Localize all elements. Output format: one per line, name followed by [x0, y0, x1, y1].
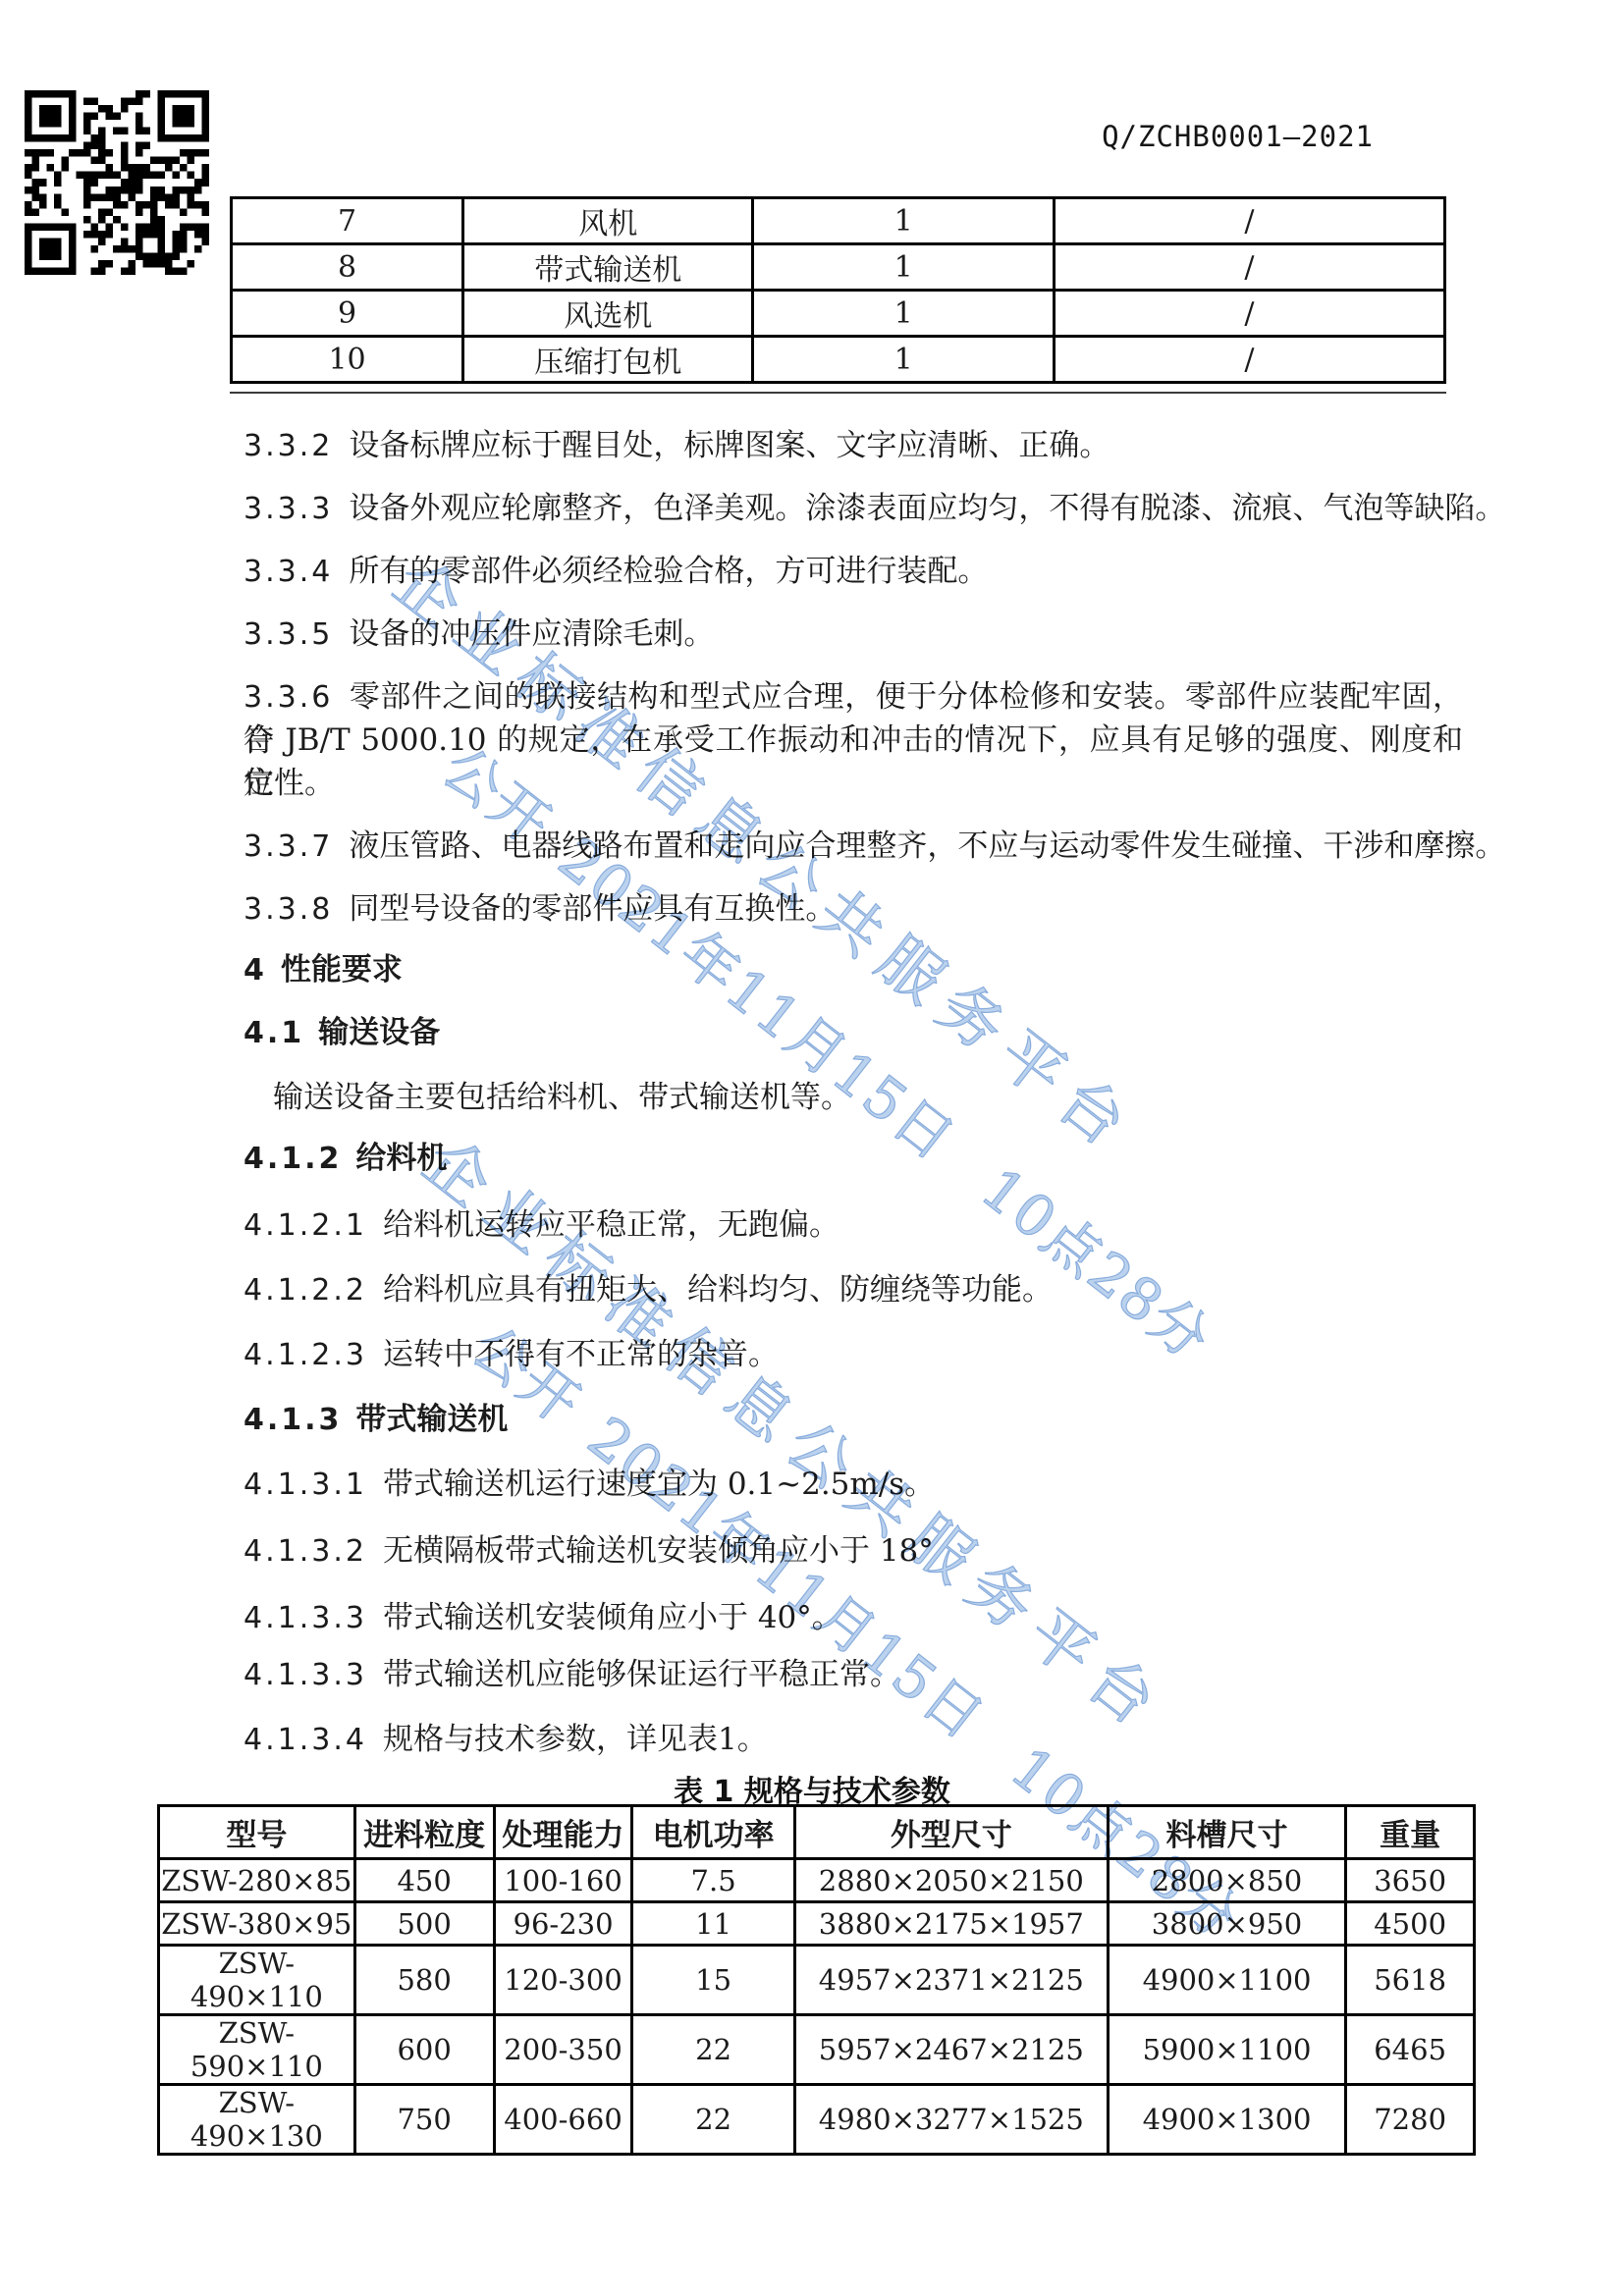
table-cell: 4900×1100 — [1108, 1946, 1346, 2015]
header-cell: 进料粒度 — [354, 1806, 494, 1859]
table-cell: 100-160 — [494, 1859, 632, 1902]
table-cell: 22 — [632, 2085, 794, 2155]
table-header-row: 型号进料粒度处理能力电机功率外型尺寸料槽尺寸重量 — [159, 1806, 1475, 1859]
clause-3-3-3: 3.3.3设备外观应轮廓整齐，色泽美观。涂漆表面应均匀，不得有脱漆、流痕、气泡等… — [244, 487, 1463, 531]
table-cell: / — [1054, 244, 1444, 291]
table-cell: 600 — [354, 2015, 494, 2085]
table-row: 8带式输送机1/ — [232, 244, 1445, 291]
table-cell: 450 — [354, 1859, 494, 1902]
heading-4-1: 4.1输送设备 — [244, 1011, 1463, 1055]
table-cell: 风机 — [463, 198, 753, 244]
clause-4-1-2-1: 4.1.2.1给料机运转应平稳正常，无跑偏。 — [244, 1203, 1463, 1248]
table-cell: / — [1054, 337, 1444, 383]
clause-4-1-2-2: 4.1.2.2给料机应具有扭矩大、给料均匀、防缠绕等功能。 — [244, 1268, 1463, 1312]
table-cell: 1 — [753, 291, 1055, 337]
clause-4-1-3-2: 4.1.3.2无横隔板带式输送机安装倾角应小于 18° — [244, 1529, 1463, 1574]
table-cell: 3800×950 — [1108, 1902, 1346, 1946]
table-row: 10压缩打包机1/ — [232, 337, 1445, 383]
table-cell: ZSW-490×130 — [159, 2085, 355, 2155]
header-cell: 处理能力 — [494, 1806, 632, 1859]
table-cell: 1 — [753, 198, 1055, 244]
equipment-table: 7风机1/8带式输送机1/9风选机1/10压缩打包机1/ — [230, 196, 1446, 384]
table-cell: 7 — [232, 198, 463, 244]
clause-3-3-7: 3.3.7液压管路、电器线路布置和走向应合理整齐，不应与运动零件发生碰撞、干涉和… — [244, 825, 1463, 869]
table-cell: 400-660 — [494, 2085, 632, 2155]
table-cell: 2880×2050×2150 — [794, 1859, 1108, 1902]
table-cell: 3650 — [1346, 1859, 1475, 1902]
table-row: ZSW-490×130750400-660224980×3277×1525490… — [159, 2085, 1475, 2155]
table-cell: 5900×1100 — [1108, 2015, 1346, 2085]
table-row: 7风机1/ — [232, 198, 1445, 244]
table-cell: ZSW-380×95 — [159, 1902, 355, 1946]
clause-3-3-4: 3.3.4所有的零部件必须经检验合格，方可进行装配。 — [244, 550, 1463, 594]
clause-4-1-3-4: 4.1.3.4规格与技术参数，详见表1。 — [244, 1718, 1463, 1762]
table-cell: 2800×850 — [1108, 1859, 1346, 1902]
document-page: Q/ZCHB0001—2021 7风机1/8带式输送机1/9风选机1/10压缩打… — [0, 0, 1624, 2296]
clause-3-3-5: 3.3.5设备的冲压件应清除毛刺。 — [244, 613, 1463, 657]
table-cell: 500 — [354, 1902, 494, 1946]
table-cell: 580 — [354, 1946, 494, 2015]
clause-4-1-3-1: 4.1.3.1带式输送机运行速度宜为 0.1~2.5m/s。 — [244, 1463, 1463, 1507]
qr-code-image — [25, 90, 209, 275]
table-cell: 5618 — [1346, 1946, 1475, 2015]
table-cell: 4957×2371×2125 — [794, 1946, 1108, 2015]
clause-3-3-8: 3.3.8同型号设备的零部件应具有互换性。 — [244, 887, 1463, 932]
clause-3-3-6: 3.3.6零部件之间的联接结构和型式应合理，便于分体检修和安装。零部件应装配牢固… — [244, 675, 1463, 805]
table-cell: 7280 — [1346, 2085, 1475, 2155]
table-cell: 1 — [753, 337, 1055, 383]
watermark-date: 2021年11月15日 — [575, 1404, 997, 1753]
watermark-date: 2021年11月15日 — [546, 825, 967, 1174]
table-break-line — [230, 392, 1446, 394]
table-cell: 22 — [632, 2015, 794, 2085]
table-cell: 4500 — [1346, 1902, 1475, 1946]
table-cell: / — [1054, 291, 1444, 337]
table-row: ZSW-490×110580120-300154957×2371×2125490… — [159, 1946, 1475, 2015]
clause-3-3-2: 3.3.2设备标牌应标于醒目处，标牌图案、文字应清晰、正确。 — [244, 424, 1463, 468]
table-cell: ZSW-280×85 — [159, 1859, 355, 1902]
clause-4-1-2-3: 4.1.2.3运转中不得有不正常的杂音。 — [244, 1333, 1463, 1377]
table-cell: 200-350 — [494, 2015, 632, 2085]
heading-4: 4性能要求 — [244, 948, 1463, 992]
table-cell: / — [1054, 198, 1444, 244]
clause-4-1-3-3b: 4.1.3.3带式输送机应能够保证运行平稳正常。 — [244, 1653, 1463, 1697]
table-cell: 风选机 — [463, 291, 753, 337]
table-row: ZSW-590×110600200-350225957×2467×2125590… — [159, 2015, 1475, 2085]
table-cell: 带式输送机 — [463, 244, 753, 291]
table-row: ZSW-380×9550096-230113880×2175×19573800×… — [159, 1902, 1475, 1946]
table-row: ZSW-280×85450100-1607.52880×2050×2150280… — [159, 1859, 1475, 1902]
table-cell: 7.5 — [632, 1859, 794, 1902]
heading-4-1-2: 4.1.2给料机 — [244, 1137, 1463, 1181]
table-cell: 3880×2175×1957 — [794, 1902, 1108, 1946]
table-cell: 5957×2467×2125 — [794, 2015, 1108, 2085]
header-cell: 外型尺寸 — [794, 1806, 1108, 1859]
qr-code-icon — [25, 90, 209, 275]
table-cell: ZSW-490×110 — [159, 1946, 355, 2015]
table-cell: 120-300 — [494, 1946, 632, 2015]
table-cell: 15 — [632, 1946, 794, 2015]
table-cell: 1 — [753, 244, 1055, 291]
header-cell: 料槽尺寸 — [1108, 1806, 1346, 1859]
heading-4-1-3: 4.1.3带式输送机 — [244, 1398, 1463, 1442]
table-cell: 10 — [232, 337, 463, 383]
table-cell: 8 — [232, 244, 463, 291]
header-cell: 电机功率 — [632, 1806, 794, 1859]
header-cell: 型号 — [159, 1806, 355, 1859]
table-cell: 4980×3277×1525 — [794, 2085, 1108, 2155]
header-cell: 重量 — [1346, 1806, 1475, 1859]
clause-4-1-3-3: 4.1.3.3带式输送机安装倾角应小于 40°。 — [244, 1596, 1463, 1640]
table-cell: 9 — [232, 291, 463, 337]
table-cell: 4900×1300 — [1108, 2085, 1346, 2155]
table-cell: 6465 — [1346, 2015, 1475, 2085]
spec-table: 型号进料粒度处理能力电机功率外型尺寸料槽尺寸重量ZSW-280×85450100… — [157, 1804, 1476, 2156]
paragraph-conveying-intro: 输送设备主要包括给料机、带式输送机等。 — [244, 1076, 1492, 1119]
table-row: 9风选机1/ — [232, 291, 1445, 337]
table-cell: 11 — [632, 1902, 794, 1946]
table-cell: 96-230 — [494, 1902, 632, 1946]
table-cell: 压缩打包机 — [463, 337, 753, 383]
table-cell: 750 — [354, 2085, 494, 2155]
document-code: Q/ZCHB0001—2021 — [1102, 120, 1374, 153]
table-cell: ZSW-590×110 — [159, 2015, 355, 2085]
